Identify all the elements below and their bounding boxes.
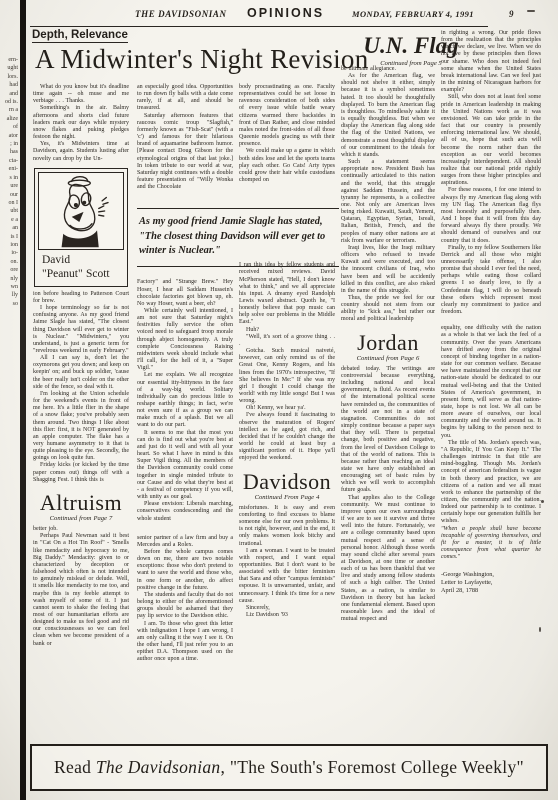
- text-fragment: ure: [0, 182, 18, 190]
- altruism-continued-line: Continued from Page 7: [33, 515, 129, 522]
- column-5: in righting a wrong. Our pride flows fro…: [441, 30, 541, 595]
- paragraph: Gotcha. Such musical naiveté, however, c…: [239, 348, 335, 405]
- paragraph: equality, one difficulty with the nation…: [441, 325, 541, 440]
- text-fragment: e a: [0, 216, 18, 224]
- column-1: What do you know but it's deadline time …: [33, 84, 129, 648]
- main-article-col3-bottom: I ran this idea by fellow students and r…: [239, 262, 335, 462]
- paragraph: We could make up a game in which both si…: [239, 148, 335, 184]
- washington-quote: "When a people shall have become incapab…: [441, 526, 541, 562]
- newspaper-name: THE DAVIDSONIAN: [135, 9, 227, 19]
- paragraph: That applies also to the College communi…: [341, 495, 435, 624]
- promo-banner: Read The Davidsonian , "The South's Fore…: [30, 744, 548, 791]
- author-byline: David "Peanut" Scott: [38, 250, 124, 283]
- text-fragment: s in: [0, 174, 18, 182]
- paragraph: All I can say is, don't let the oxymoron…: [33, 355, 129, 391]
- text-fragment: ator: [0, 132, 18, 140]
- paragraph: Thus, the pride we feel for our country …: [341, 295, 435, 324]
- paragraph: Still, who does not at least feel some p…: [441, 94, 541, 187]
- paragraph: Friday kicks (or kicked by the time pape…: [33, 462, 129, 483]
- paragraph: The students and faculty that do not bel…: [137, 592, 233, 621]
- author-portrait-box: David "Peanut" Scott: [34, 168, 128, 287]
- author-name-line1: David: [42, 253, 122, 267]
- text-fragment: ught: [0, 64, 18, 72]
- text-fragment: on.: [0, 258, 18, 266]
- davidson-col3: misfortunes. It is easy and even comfort…: [239, 505, 335, 620]
- scan-speck: [539, 627, 541, 632]
- author-name-line2: "Peanut" Scott: [42, 267, 122, 281]
- jordan-continued-line: Continued from Page 6: [341, 355, 435, 362]
- text-fragment: lly: [0, 291, 18, 299]
- jordan-col4: debated today. The writings are controve…: [341, 366, 435, 624]
- masthead-rule: [30, 26, 488, 27]
- text-fragment: rn a: [0, 106, 18, 114]
- attribution-line: -George Washington,: [441, 571, 541, 579]
- paragraph: Please envision: Liberals marching, cons…: [137, 501, 233, 522]
- scan-gutter-shadow: [20, 0, 26, 800]
- scan-speck: [527, 10, 535, 12]
- paragraph: debated today. The writings are controve…: [341, 366, 435, 495]
- paragraph: The title of Ms. Jordan's speech was, "A…: [441, 440, 541, 526]
- paragraph: It seems to me that the most you can do …: [137, 430, 233, 502]
- paragraph: I hope terminology so far is not confusi…: [33, 305, 129, 355]
- paragraph: While certainly well intentioned, I am n…: [137, 308, 233, 372]
- paragraph: better job.: [33, 526, 129, 533]
- paragraph: body procrastinating as one. Faculty rep…: [239, 84, 335, 148]
- section-title-opinions: OPINIONS: [247, 6, 324, 20]
- paragraph: an especially good idea. Opportunities t…: [137, 84, 233, 113]
- adjacent-page-text-fragments: ern-ughtlors.hadandod is.rn aalizeofator…: [0, 56, 18, 308]
- main-headline: A Midwinter's Night Revision: [35, 44, 365, 75]
- paragraph: in righting a wrong. Our pride flows fro…: [441, 30, 541, 94]
- text-fragment: our: [0, 191, 18, 199]
- text-fragment: ubt: [0, 207, 18, 215]
- paragraph: Something's in the air. Balmy afternoons…: [33, 105, 129, 141]
- paragraph: senior partner of a law firm and buy a M…: [137, 535, 233, 549]
- text-fragment: ion: [0, 241, 18, 249]
- text-fragment: wn: [0, 283, 18, 291]
- paragraph: As for the American flag, we should not …: [341, 73, 435, 159]
- text-fragment: has: [0, 148, 18, 156]
- paragraph: "Well, it's sort of a groove thing . . .: [239, 334, 335, 348]
- paragraph: For these reasons, I for one intend to a…: [441, 187, 541, 244]
- paragraph: Sincerely,: [239, 605, 335, 612]
- scan-speck: [541, 500, 544, 503]
- main-article-col1-bottom: ion before heading to Patterson Court fo…: [33, 291, 129, 484]
- main-article-col1-top: What do you know but it's deadline time …: [33, 84, 129, 163]
- paragraph: Finally, to my fellow Southerners like D…: [441, 245, 541, 317]
- column-3: body procrastinating as one. Faculty rep…: [239, 84, 335, 619]
- paragraph: I am. To those who greet this letter wit…: [137, 621, 233, 664]
- paragraph: Liz Davidson '93: [239, 612, 335, 619]
- paragraph: Perhaps Paul Newman said it best in "Cat…: [33, 533, 129, 648]
- main-article-col2-bottom: Factory" and "Strange Brew." Hey Hoser, …: [137, 279, 233, 522]
- text-fragment: nly: [0, 275, 18, 283]
- paragraph: Before the whole campus comes down on me…: [137, 549, 233, 592]
- altruism-article-head: Altruism Continued from Page 7: [33, 491, 129, 522]
- paragraph: I've always found it fascinating to obse…: [239, 412, 335, 462]
- text-fragment: cta-: [0, 157, 18, 165]
- text-fragment: ; in: [0, 140, 18, 148]
- jordan-article-head: Jordan Continued from Page 6: [341, 331, 435, 362]
- un-flag-col4: be ultimate allegiance.As for the Americ…: [341, 66, 435, 324]
- column-4: be ultimate allegiance.As for the Americ…: [341, 66, 435, 623]
- newspaper-page: ern-ughtlors.hadandod is.rn aalizeofator…: [0, 0, 558, 800]
- text-fragment: an: [0, 224, 18, 232]
- jordan-title: Jordan: [341, 331, 435, 354]
- kicker-depth-relevance: Depth, Relevance: [32, 29, 128, 43]
- text-fragment: ern-: [0, 56, 18, 64]
- text-fragment: and: [0, 90, 18, 98]
- column-2: an especially good idea. Opportunities t…: [137, 84, 233, 663]
- jordan-col5: equality, one difficulty with the nation…: [441, 325, 541, 525]
- text-fragment: io-: [0, 249, 18, 257]
- paragraph: What do you know but it's deadline time …: [33, 84, 129, 105]
- banner-prefix: Read: [54, 757, 91, 778]
- altruism-col2: senior partner of a law firm and buy a M…: [137, 535, 233, 664]
- text-fragment: eni-: [0, 165, 18, 173]
- paragraph: Such a statement seems appropriate now. …: [341, 159, 435, 245]
- paragraph: Factory" and "Strange Brew." Hey Hoser, …: [137, 279, 233, 308]
- text-fragment: had: [0, 81, 18, 89]
- text-fragment: alize: [0, 115, 18, 123]
- text-fragment: ore: [0, 266, 18, 274]
- davidson-article-head: Davidson Continued From Page 4: [239, 470, 335, 501]
- paragraph: ion before heading to Patterson Court fo…: [33, 291, 129, 305]
- attribution-line: Letter to Layfayette,: [441, 579, 541, 587]
- main-article-col3-top: body procrastinating as one. Faculty rep…: [239, 84, 335, 184]
- text-fragment: od is.: [0, 98, 18, 106]
- text-fragment: is I: [0, 233, 18, 241]
- altruism-title: Altruism: [33, 491, 129, 514]
- un-flag-col5: in righting a wrong. Our pride flows fro…: [441, 30, 541, 316]
- banner-suffix: , "The South's Foremost College Weekly": [220, 757, 524, 778]
- altruism-col1: better job.Perhaps Paul Newman said it b…: [33, 526, 129, 648]
- davidson-title: Davidson: [239, 470, 335, 493]
- paragraph: misfortunes. It is easy and even comfort…: [239, 505, 335, 548]
- quote-attribution: -George Washington,Letter to Layfayette,…: [441, 571, 541, 595]
- page-number: 9: [509, 9, 514, 19]
- banner-paper-title: The Davidsonian: [96, 757, 221, 778]
- pull-quote: As my good friend Jamie Slagle has state…: [137, 208, 339, 267]
- text-fragment: lors.: [0, 73, 18, 81]
- davidson-continued-line: Continued From Page 4: [239, 494, 335, 501]
- attribution-line: April 28, 1788: [441, 587, 541, 595]
- paragraph: I'm looking at the Union schedule for th…: [33, 391, 129, 463]
- main-article-col2-top: an especially good idea. Opportunities t…: [137, 84, 233, 191]
- paragraph: Iraqi lives, like the Iraqi military off…: [341, 245, 435, 295]
- paragraph: Huh?: [239, 327, 335, 334]
- text-fragment: of: [0, 123, 18, 131]
- text-fragment: so: [0, 300, 18, 308]
- paragraph: Let me explain. We all recognize our ess…: [137, 372, 233, 429]
- paragraph: I ran this idea by fellow students and r…: [239, 262, 335, 326]
- text-fragment: on I: [0, 199, 18, 207]
- peanut-caricature: [38, 172, 124, 250]
- paragraph: Saturday afternoon features that raucous…: [137, 113, 233, 192]
- issue-date: MONDAY, FEBRUARY 4, 1991: [352, 9, 474, 19]
- paragraph: Yes, it's Midwinters time at Davidson, a…: [33, 141, 129, 162]
- paragraph: I am a woman. I want to be treated with …: [239, 548, 335, 605]
